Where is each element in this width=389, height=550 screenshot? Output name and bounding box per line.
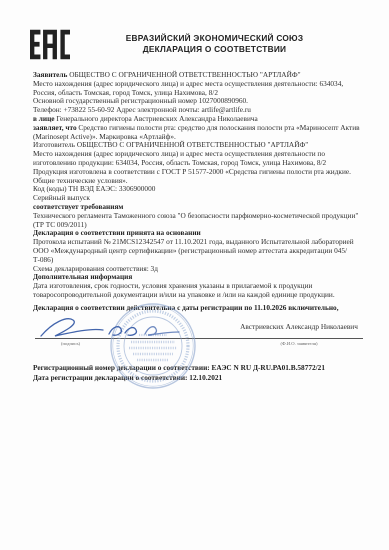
registration-date-value: 12.10.2021 bbox=[189, 373, 222, 382]
paragraph-protocol: Протокола испытаний № 21MCS12342547 от 1… bbox=[33, 238, 365, 264]
registration-number-value: ЕАЭС N RU Д-RU.РА01.В.58772/21 bbox=[212, 363, 325, 372]
title-union: ЕВРАЗИЙСКИЙ ЭКОНОМИЧЕСКИЙ СОЮЗ bbox=[70, 33, 359, 44]
paragraph-product: заявляет, что Средство гигиены полости р… bbox=[33, 124, 365, 142]
paragraph-address: Место нахождения (адрес юридического лиц… bbox=[33, 80, 365, 98]
declaration-document: ЕВРАЗИЙСКИЙ ЭКОНОМИЧЕСКИЙ СОЮЗ ДЕКЛАРАЦИ… bbox=[0, 0, 389, 550]
registration-number-line: Регистрационный номер декларации о соотв… bbox=[33, 363, 365, 373]
eac-logo-icon bbox=[30, 28, 70, 66]
signature-scribble-icon bbox=[33, 312, 193, 342]
signatory-caption: (Ф.И.О. заявителя) bbox=[229, 340, 369, 349]
title-declaration: ДЕКЛАРАЦИЯ О СООТВЕТСТВИИ bbox=[70, 44, 359, 55]
paragraph-manufacturer-address: Место нахождения (адрес юридического лиц… bbox=[33, 150, 365, 168]
registration-footer: Регистрационный номер декларации о соотв… bbox=[0, 358, 389, 383]
signature-block: Австриевских Александр Николаевич (подпи… bbox=[33, 316, 365, 358]
registration-date-line: Дата регистрации декларации о соответств… bbox=[33, 373, 365, 383]
document-header: ЕВРАЗИЙСКИЙ ЭКОНОМИЧЕСКИЙ СОЮЗ ДЕКЛАРАЦИ… bbox=[0, 0, 389, 66]
document-body: Заявитель ОБЩЕСТВО С ОГРАНИЧЕННОЙ ОТВЕТС… bbox=[0, 66, 389, 358]
paragraph-gost: Продукция изготовлена в соответствии с Г… bbox=[33, 168, 365, 186]
signatory-name: Австриевских Александр Николаевич bbox=[229, 323, 369, 332]
document-title: ЕВРАЗИЙСКИЙ ЭКОНОМИЧЕСКИЙ СОЮЗ ДЕКЛАРАЦИ… bbox=[70, 28, 365, 54]
paragraph-storage: Дата изготовления, срок годности, услови… bbox=[33, 282, 365, 300]
paragraph-regulation: Технического регламента Таможенного союз… bbox=[33, 212, 365, 230]
